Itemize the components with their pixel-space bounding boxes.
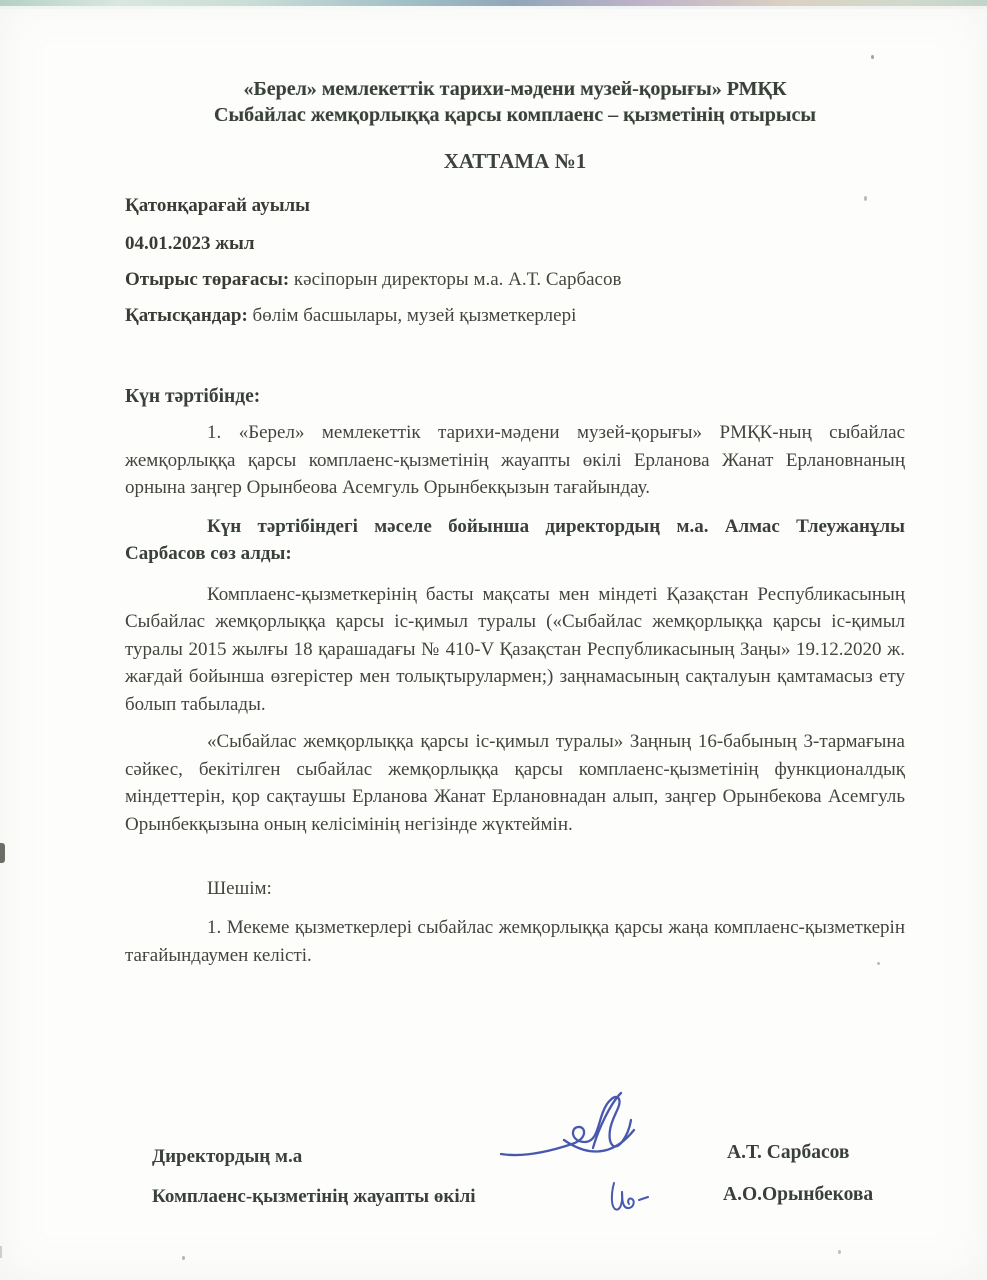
- chairman-line: Отырыс төрағасы: кәсіпорын директоры м.а…: [125, 268, 905, 292]
- protocol-number-heading: ХАТТАМА №1: [125, 148, 905, 174]
- scanner-artifact-left-blob: [0, 843, 5, 863]
- scanner-speck-bottom-right: [838, 1250, 841, 1254]
- scanned-document-page: «Берел» мемлекеттік тарихи-мәдени музей-…: [0, 0, 987, 1280]
- speech-paragraph-2: «Сыбайлас жемқорлыққа қарсы іс-қимыл тур…: [125, 728, 905, 838]
- decision-heading: Шешім:: [125, 875, 905, 902]
- agenda-item-1: 1. «Берел» мемлекеттік тарихи-мәдени муз…: [125, 419, 905, 502]
- speech-paragraph-1: Комплаенс-қызметкерінің басты мақсаты ме…: [125, 581, 905, 719]
- chairman-value: кәсіпорын директоры м.а. А.Т. Сарбасов: [294, 269, 622, 290]
- signature-role-director: Директордың м.а: [152, 1146, 302, 1168]
- scanner-tick-bottom-left-edge: [0, 1246, 2, 1258]
- meeting-place: Қатонқарағай ауылы: [125, 194, 905, 218]
- document-body: «Берел» мемлекеттік тарихи-мәдени музей-…: [125, 0, 905, 969]
- signature-ink-orynbekova-initials: [607, 1176, 655, 1218]
- signature-ink-sarbasov: [498, 1090, 663, 1170]
- signature-name-orynbekova: А.О.Орынбекова: [723, 1184, 873, 1206]
- signature-role-compliance-officer: Комплаенс-қызметінің жауапты өкілі: [152, 1186, 476, 1208]
- participants-value: бөлім басшылары, музей қызметкерлері: [253, 305, 577, 326]
- meeting-date: 04.01.2023 жыл: [125, 232, 905, 256]
- chairman-label: Отырыс төрағасы:: [125, 269, 289, 290]
- signature-name-sarbasov: А.Т. Сарбасов: [727, 1142, 849, 1164]
- speaker-heading: Күн тәртібіндегі мәселе бойынша директор…: [125, 513, 905, 568]
- document-title-line1: «Берел» мемлекеттік тарихи-мәдени музей-…: [125, 76, 905, 102]
- decision-item-1: 1. Мекеме қызметкерлері сыбайлас жемқорл…: [125, 914, 905, 969]
- participants-label: Қатысқандар:: [125, 305, 248, 326]
- document-title-line2: Сыбайлас жемқорлыққа қарсы комплаенс – қ…: [125, 102, 905, 128]
- participants-line: Қатысқандар: бөлім басшылары, музей қызм…: [125, 304, 905, 328]
- agenda-heading: Күн тәртібінде:: [125, 385, 905, 409]
- scanner-speck-bottom-left: [182, 1256, 185, 1260]
